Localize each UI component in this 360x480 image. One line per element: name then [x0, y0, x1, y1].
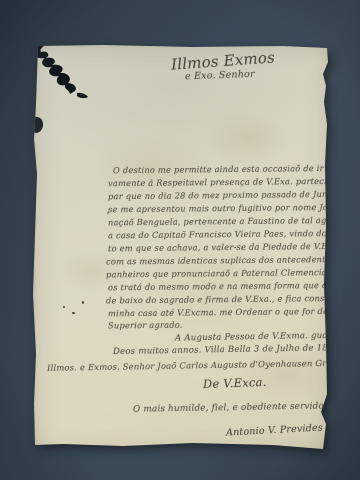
body-line: par que no dia 28 do mez proximo passado…: [108, 189, 338, 201]
edge-tear-right-lower: [327, 88, 332, 96]
photo-background: Illmos Exmos e Exo. Senhor O destino me …: [0, 0, 360, 480]
body-line: a casa do Capitaõ Francisco Vieira Paes,…: [108, 228, 357, 241]
edge-tear-right-upper: [325, 73, 331, 83]
body-line: O destino me permitte ainda esta occasia…: [113, 163, 340, 175]
ink-speck: [63, 306, 65, 308]
signature: Antonio V. Prevides: [226, 422, 323, 438]
ink-speck: [82, 301, 84, 304]
manuscript-paper: Illmos Exmos e Exo. Senhor O destino me …: [33, 44, 330, 456]
letter-heading-flourish: Illmos Exmos: [170, 48, 275, 73]
body-line: de baixo do sagrado e firma de V.Exa., e…: [106, 293, 360, 306]
ink-speck: [107, 212, 109, 214]
closing-guarde-line: A Augusta Pessoa de V.Exma. guarde: [175, 331, 343, 344]
body-line: panheiros que pronunciaraõ a Paternal Cl…: [106, 267, 360, 280]
manuscript-paper-wrap: Illmos Exmos e Exo. Senhor O destino me …: [33, 44, 330, 456]
addressee-line: Illmos. e Exmos. Senhor Joaõ Carlos Augu…: [47, 357, 360, 373]
valediction-line: O mais humilde, fiel, e obediente servid…: [133, 401, 329, 414]
edge-tear-left: [28, 116, 45, 135]
body-line: to em que se achava, a valer-se da Pieda…: [108, 241, 345, 253]
body-line: se me apresentou mais outro fugitivo por…: [108, 202, 351, 215]
body-line: naçaõ Benguela, pertencente a Faustino d…: [108, 215, 360, 228]
body-line: com as mesmas identicas suplicas dos ant…: [106, 254, 360, 267]
body-line: minha casa até V.Excma. me Ordenar o que…: [108, 306, 348, 319]
letter-heading-senhor: e Exo. Senhor: [185, 69, 255, 82]
body-line: Superior agrado.: [108, 320, 183, 331]
body-line: os tratá do mesmo modo e na mesma forma …: [108, 280, 355, 293]
ink-speck: [72, 312, 76, 315]
closing-date-line: Deos muitos annos. Villa Bella 3 de Julh…: [113, 343, 342, 357]
salutation-de-vexca: De V.Exca.: [203, 375, 267, 391]
body-line: vamente á Respeitavel presença de V.Exa.…: [108, 176, 330, 188]
ink-blot-top-left: [31, 43, 95, 101]
